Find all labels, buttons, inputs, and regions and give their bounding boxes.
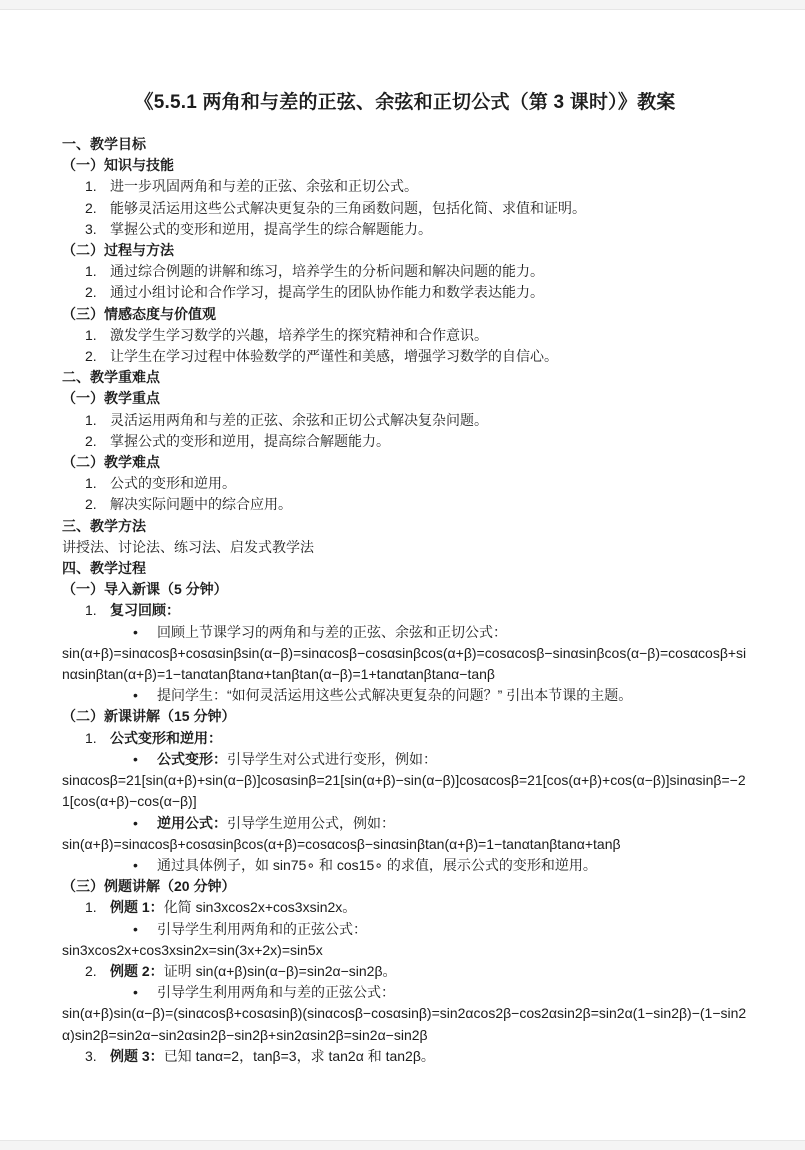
item-text: 例题 1：化简 sin3xcos2x+cos3xsin2x。 [110,897,748,918]
item-label: 复习回顾： [110,600,748,621]
numbered-item: 2. 掌握公式的变形和逆用，提高综合解题能力。 [62,431,748,452]
item-body: 已知 tanα=2，tanβ=3，求 tan2α 和 tan2β。 [164,1048,435,1064]
item-number: 1. [85,728,110,749]
bullet-text: 引导学生利用两角和的正弦公式： [157,919,748,940]
bullet-item: • 逆用公式：引导学生逆用公式，例如： [62,813,748,834]
bullet-icon: • [133,855,157,876]
numbered-item: 1. 灵活运用两角和与差的正弦、余弦和正切公式解决复杂问题。 [62,410,748,431]
section-heading: 一、教学目标 [62,134,748,155]
item-number: 2. [85,282,110,303]
page-margin-bottom [0,1140,805,1150]
item-text: 通过小组讨论和合作学习，提高学生的团队协作能力和数学表达能力。 [110,282,748,303]
item-number: 1. [85,261,110,282]
item-text: 通过综合例题的讲解和练习，培养学生的分析问题和解决问题的能力。 [110,261,748,282]
item-text: 能够灵活运用这些公式解决更复杂的三角函数问题，包括化简、求值和证明。 [110,198,748,219]
section-heading: 二、教学重难点 [62,367,748,388]
bullet-item: • 公式变形：引导学生对公式进行变形，例如： [62,749,748,770]
item-text: 例题 2：证明 sin(α+β)sin(α−β)=sin2α−sin2β。 [110,961,748,982]
item-number: 1. [85,176,110,197]
item-label: 公式变形和逆用： [110,728,748,749]
subsection-heading: （二）教学难点 [62,452,748,473]
item-text: 公式的变形和逆用。 [110,473,748,494]
page-margin-top [0,0,805,10]
item-number: 3. [85,219,110,240]
numbered-item: 3. 掌握公式的变形和逆用，提高学生的综合解题能力。 [62,219,748,240]
bullet-item: • 回顾上节课学习的两角和与差的正弦、余弦和正切公式： [62,622,748,643]
formula-line: sin(α+β)=sinαcosβ+cosαsinβcos(α+β)=cosαc… [62,834,748,855]
item-number: 1. [85,473,110,494]
item-number: 1. [85,897,110,918]
formula-line: sin3xcos2x+cos3xsin2x=sin(3x+2x)=sin5x [62,940,748,961]
numbered-item: 2. 能够灵活运用这些公式解决更复杂的三角函数问题，包括化简、求值和证明。 [62,198,748,219]
section-heading: 三、教学方法 [62,516,748,537]
document-page: 《5.5.1 两角和与差的正弦、余弦和正切公式（第 3 课时）》教案 一、教学目… [0,10,805,1140]
numbered-item: 2. 例题 2：证明 sin(α+β)sin(α−β)=sin2α−sin2β。 [62,961,748,982]
bullet-icon: • [133,813,157,834]
subsection-heading: （二）新课讲解（15 分钟） [62,706,748,727]
item-text: 掌握公式的变形和逆用，提高学生的综合解题能力。 [110,219,748,240]
bullet-body: 引导学生逆用公式，例如： [227,815,395,831]
section-heading: 四、教学过程 [62,558,748,579]
numbered-item: 1. 通过综合例题的讲解和练习，培养学生的分析问题和解决问题的能力。 [62,261,748,282]
bullet-item: • 通过具体例子，如 sin75∘ 和 cos15∘ 的求值，展示公式的变形和逆… [62,855,748,876]
numbered-item: 1. 公式变形和逆用： [62,728,748,749]
bullet-label: 公式变形： [157,751,227,767]
subsection-heading: （三）情感态度与价值观 [62,304,748,325]
item-label: 例题 3： [110,1048,164,1064]
bullet-icon: • [133,982,157,1003]
doc-title: 《5.5.1 两角和与差的正弦、余弦和正切公式（第 3 课时）》教案 [62,89,748,117]
item-number: 2. [85,494,110,515]
formula-line: sin(α+β)sin(α−β)=(sinαcosβ+cosαsinβ)(sin… [62,1003,748,1045]
item-text: 激发学生学习数学的兴趣，培养学生的探究精神和合作意识。 [110,325,748,346]
numbered-item: 1. 激发学生学习数学的兴趣，培养学生的探究精神和合作意识。 [62,325,748,346]
bullet-icon: • [133,749,157,770]
bullet-item: • 引导学生利用两角和与差的正弦公式： [62,982,748,1003]
subsection-heading: （二）过程与方法 [62,240,748,261]
item-text: 例题 3：已知 tanα=2，tanβ=3，求 tan2α 和 tan2β。 [110,1046,748,1067]
item-number: 2. [85,961,110,982]
bullet-text: 提问学生：“如何灵活运用这些公式解决更复杂的问题？” 引出本节课的主题。 [157,685,748,706]
numbered-item: 3. 例题 3：已知 tanα=2，tanβ=3，求 tan2α 和 tan2β… [62,1046,748,1067]
bullet-text: 通过具体例子，如 sin75∘ 和 cos15∘ 的求值，展示公式的变形和逆用。 [157,855,748,876]
item-number: 3. [85,1046,110,1067]
subsection-heading: （三）例题讲解（20 分钟） [62,876,748,897]
item-text: 掌握公式的变形和逆用，提高综合解题能力。 [110,431,748,452]
numbered-item: 1. 复习回顾： [62,600,748,621]
numbered-item: 2. 让学生在学习过程中体验数学的严谨性和美感，增强学习数学的自信心。 [62,346,748,367]
subsection-heading: （一）导入新课（5 分钟） [62,579,748,600]
numbered-item: 1. 进一步巩固两角和与差的正弦、余弦和正切公式。 [62,176,748,197]
subsection-heading: （一）知识与技能 [62,155,748,176]
numbered-item: 2. 解决实际问题中的综合应用。 [62,494,748,515]
item-number: 2. [85,198,110,219]
numbered-item: 1. 公式的变形和逆用。 [62,473,748,494]
item-text: 让学生在学习过程中体验数学的严谨性和美感，增强学习数学的自信心。 [110,346,748,367]
document-content: 《5.5.1 两角和与差的正弦、余弦和正切公式（第 3 课时）》教案 一、教学目… [0,10,805,1067]
item-body: 化简 sin3xcos2x+cos3xsin2x。 [164,899,357,915]
item-text: 解决实际问题中的综合应用。 [110,494,748,515]
bullet-text: 回顾上节课学习的两角和与差的正弦、余弦和正切公式： [157,622,748,643]
item-body: 证明 sin(α+β)sin(α−β)=sin2α−sin2β。 [164,963,397,979]
bullet-icon: • [133,685,157,706]
paragraph: 讲授法、讨论法、练习法、启发式教学法 [62,537,748,558]
bullet-item: • 引导学生利用两角和的正弦公式： [62,919,748,940]
bullet-text: 逆用公式：引导学生逆用公式，例如： [157,813,748,834]
formula-line: sinαcosβ=21[sin(α+β)+sin(α−β)]cosαsinβ=2… [62,770,748,812]
item-label: 例题 2： [110,963,164,979]
bullet-icon: • [133,919,157,940]
numbered-item: 2. 通过小组讨论和合作学习，提高学生的团队协作能力和数学表达能力。 [62,282,748,303]
item-text: 进一步巩固两角和与差的正弦、余弦和正切公式。 [110,176,748,197]
item-number: 1. [85,410,110,431]
item-label: 例题 1： [110,899,164,915]
bullet-body: 引导学生对公式进行变形，例如： [227,751,437,767]
bullet-icon: • [133,622,157,643]
item-number: 1. [85,325,110,346]
item-number: 2. [85,346,110,367]
item-number: 1. [85,600,110,621]
formula-line: sin(α+β)=sinαcosβ+cosαsinβsin(α−β)=sinαc… [62,643,748,685]
bullet-text: 引导学生利用两角和与差的正弦公式： [157,982,748,1003]
bullet-text: 公式变形：引导学生对公式进行变形，例如： [157,749,748,770]
subsection-heading: （一）教学重点 [62,388,748,409]
bullet-label: 逆用公式： [157,815,227,831]
item-number: 2. [85,431,110,452]
item-text: 灵活运用两角和与差的正弦、余弦和正切公式解决复杂问题。 [110,410,748,431]
numbered-item: 1. 例题 1：化简 sin3xcos2x+cos3xsin2x。 [62,897,748,918]
bullet-item: • 提问学生：“如何灵活运用这些公式解决更复杂的问题？” 引出本节课的主题。 [62,685,748,706]
